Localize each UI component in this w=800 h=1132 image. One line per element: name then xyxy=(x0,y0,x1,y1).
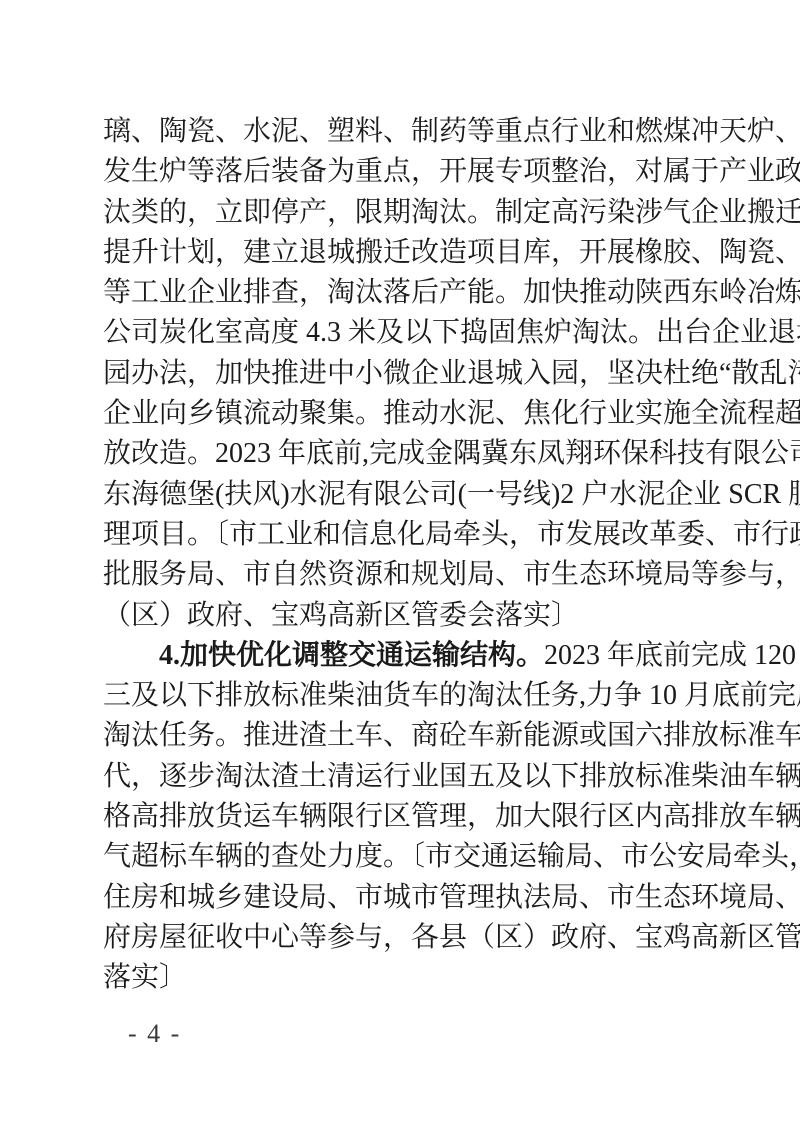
line-text: 理项目。〔市工业和信息化局牵头，市发展改革委、市行政审 xyxy=(103,519,800,550)
line-text: 落实〕 xyxy=(103,962,187,993)
line-text: 三及以下排放标准柴油货车的淘汰任务,力争 10 月底前完成 90% xyxy=(103,680,800,711)
line-text: 住房和城乡建设局、市城市管理执法局、市生态环境局、市政 xyxy=(103,882,800,913)
line-text: 璃、陶瓷、水泥、塑料、制药等重点行业和燃煤冲天炉、煤气 xyxy=(103,116,800,147)
document-body: 璃、陶瓷、水泥、塑料、制药等重点行业和燃煤冲天炉、煤气发生炉等落后装备为重点，开… xyxy=(103,112,700,999)
text-line: 发生炉等落后装备为重点，开展专项整治，对属于产业政策淘 xyxy=(103,152,700,192)
line-text: 提升计划，建立退城搬迁改造项目库，开展橡胶、陶瓷、砖瓦 xyxy=(103,237,800,268)
text-line: 企业向乡镇流动聚集。推动水泥、焦化行业实施全流程超低排 xyxy=(103,394,700,434)
line-text: 等工业企业排查，淘汰落后产能。加快推动陕西东岭冶炼有限 xyxy=(103,277,800,308)
text-line: 园办法，加快推进中小微企业退城入园，坚决杜绝“散乱污” xyxy=(103,354,700,394)
text-line: 府房屋征收中心等参与，各县（区）政府、宝鸡高新区管委会 xyxy=(103,918,700,958)
page-number: - 4 - xyxy=(128,1019,181,1049)
line-text: 批服务局、市自然资源和规划局、市生态环境局等参与，各县 xyxy=(103,559,800,590)
text-line: 公司炭化室高度 4.3 米及以下捣固焦炉淘汰。出台企业退城入 xyxy=(103,313,700,353)
line-text: 格高排放货运车辆限行区管理，加大限行区内高排放车辆和尾 xyxy=(103,801,800,832)
text-line: 汰类的，立即停产，限期淘汰。制定高污染涉气企业搬迁改造 xyxy=(103,193,700,233)
line-text: （区）政府、宝鸡高新区管委会落实〕 xyxy=(103,600,579,631)
document-page: 璃、陶瓷、水泥、塑料、制药等重点行业和燃煤冲天炉、煤气发生炉等落后装备为重点，开… xyxy=(0,0,800,1132)
line-text: 东海德堡(扶风)水泥有限公司(一号线)2 户水泥企业 SCR 脱硝治 xyxy=(103,479,800,510)
line-text: 气超标车辆的查处力度。〔市交通运输局、市公安局牵头，市 xyxy=(103,841,800,872)
text-line: 东海德堡(扶风)水泥有限公司(一号线)2 户水泥企业 SCR 脱硝治 xyxy=(103,475,700,515)
text-line: 理项目。〔市工业和信息化局牵头，市发展改革委、市行政审 xyxy=(103,515,700,555)
line-text: 放改造。2023 年底前,完成金隅冀东凤翔环保科技有限公司、冀 xyxy=(103,438,800,469)
text-line: 璃、陶瓷、水泥、塑料、制药等重点行业和燃煤冲天炉、煤气 xyxy=(103,112,700,152)
text-line: 格高排放货运车辆限行区管理，加大限行区内高排放车辆和尾 xyxy=(103,797,700,837)
text-line: 住房和城乡建设局、市城市管理执法局、市生态环境局、市政 xyxy=(103,878,700,918)
text-line: 淘汰任务。推进渣土车、商砼车新能源或国六排放标准车辆替 xyxy=(103,716,700,756)
text-line: 4.加快优化调整交通运输结构。2023 年底前完成 120 辆国 xyxy=(103,636,700,676)
line-text: 2023 年底前完成 120 辆国 xyxy=(544,640,800,671)
text-line: 落实〕 xyxy=(103,958,700,998)
line-text: 府房屋征收中心等参与，各县（区）政府、宝鸡高新区管委会 xyxy=(103,922,800,953)
line-text: 汰类的，立即停产，限期淘汰。制定高污染涉气企业搬迁改造 xyxy=(103,197,800,228)
text-line: 三及以下排放标准柴油货车的淘汰任务,力争 10 月底前完成 90% xyxy=(103,676,700,716)
line-text: 园办法，加快推进中小微企业退城入园，坚决杜绝“散乱污” xyxy=(103,358,800,389)
text-line: 等工业企业排查，淘汰落后产能。加快推动陕西东岭冶炼有限 xyxy=(103,273,700,313)
line-text: 代，逐步淘汰渣土清运行业国五及以下排放标准柴油车辆。严 xyxy=(103,761,800,792)
item-heading: 4.加快优化调整交通运输结构。 xyxy=(159,640,544,671)
text-line: （区）政府、宝鸡高新区管委会落实〕 xyxy=(103,596,700,636)
line-text: 发生炉等落后装备为重点，开展专项整治，对属于产业政策淘 xyxy=(103,156,800,187)
text-line: 批服务局、市自然资源和规划局、市生态环境局等参与，各县 xyxy=(103,555,700,595)
text-line: 气超标车辆的查处力度。〔市交通运输局、市公安局牵头，市 xyxy=(103,837,700,877)
line-text: 公司炭化室高度 4.3 米及以下捣固焦炉淘汰。出台企业退城入 xyxy=(103,317,800,348)
text-line: 放改造。2023 年底前,完成金隅冀东凤翔环保科技有限公司、冀 xyxy=(103,434,700,474)
line-text: 淘汰任务。推进渣土车、商砼车新能源或国六排放标准车辆替 xyxy=(103,720,800,751)
text-line: 提升计划，建立退城搬迁改造项目库，开展橡胶、陶瓷、砖瓦 xyxy=(103,233,700,273)
line-text: 企业向乡镇流动聚集。推动水泥、焦化行业实施全流程超低排 xyxy=(103,398,800,429)
text-line: 代，逐步淘汰渣土清运行业国五及以下排放标准柴油车辆。严 xyxy=(103,757,700,797)
